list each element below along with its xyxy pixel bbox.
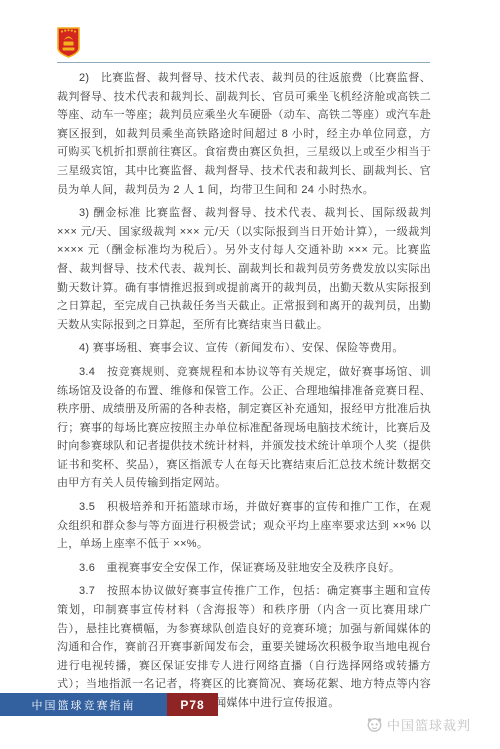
footer-page-bar: 中国篮球竞赛指南 P78 (0, 693, 218, 716)
header-divider (57, 62, 430, 63)
basketball-association-emblem-icon (57, 26, 80, 58)
document-paragraph: 3) 酬金标准 比赛监督、裁判督导、技术代表、裁判长、国际级裁判 ××× 元/天… (57, 204, 431, 334)
footer-page-number: P78 (167, 693, 218, 716)
account-watermark-label: 中国篮球裁判 (387, 715, 471, 734)
document-page: 2) 比赛监督、裁判督导、技术代表、裁判员的往返旅费（比赛监督、裁判督导、技术代… (0, 0, 500, 749)
footer-series-title: 中国篮球竞赛指南 (0, 693, 167, 716)
document-paragraph: 3.5 积极培养和开拓篮球市场，并做好赛事的宣传和推广工作，在观众组织和群众参与… (57, 498, 431, 554)
document-paragraph: 4) 赛事场租、赛事会议、宣传（新闻发布）、安保、保险等费用。 (57, 339, 431, 358)
document-body: 2) 比赛监督、裁判督导、技术代表、裁判员的往返旅费（比赛监督、裁判督导、技术代… (57, 69, 431, 718)
document-paragraph: 2) 比赛监督、裁判督导、技术代表、裁判员的往返旅费（比赛监督、裁判督导、技术代… (57, 69, 431, 199)
referee-panda-logo-icon (366, 716, 383, 733)
document-paragraph: 3.4 按竞赛规则、竞赛规程和本协议等有关规定，做好赛事场馆、训练场馆及设备的布… (57, 363, 431, 493)
account-watermark: 中国篮球裁判 (366, 714, 471, 734)
document-paragraph: 3.6 重视赛事安全安保工作，保证赛场及驻地安全及秩序良好。 (57, 559, 431, 578)
